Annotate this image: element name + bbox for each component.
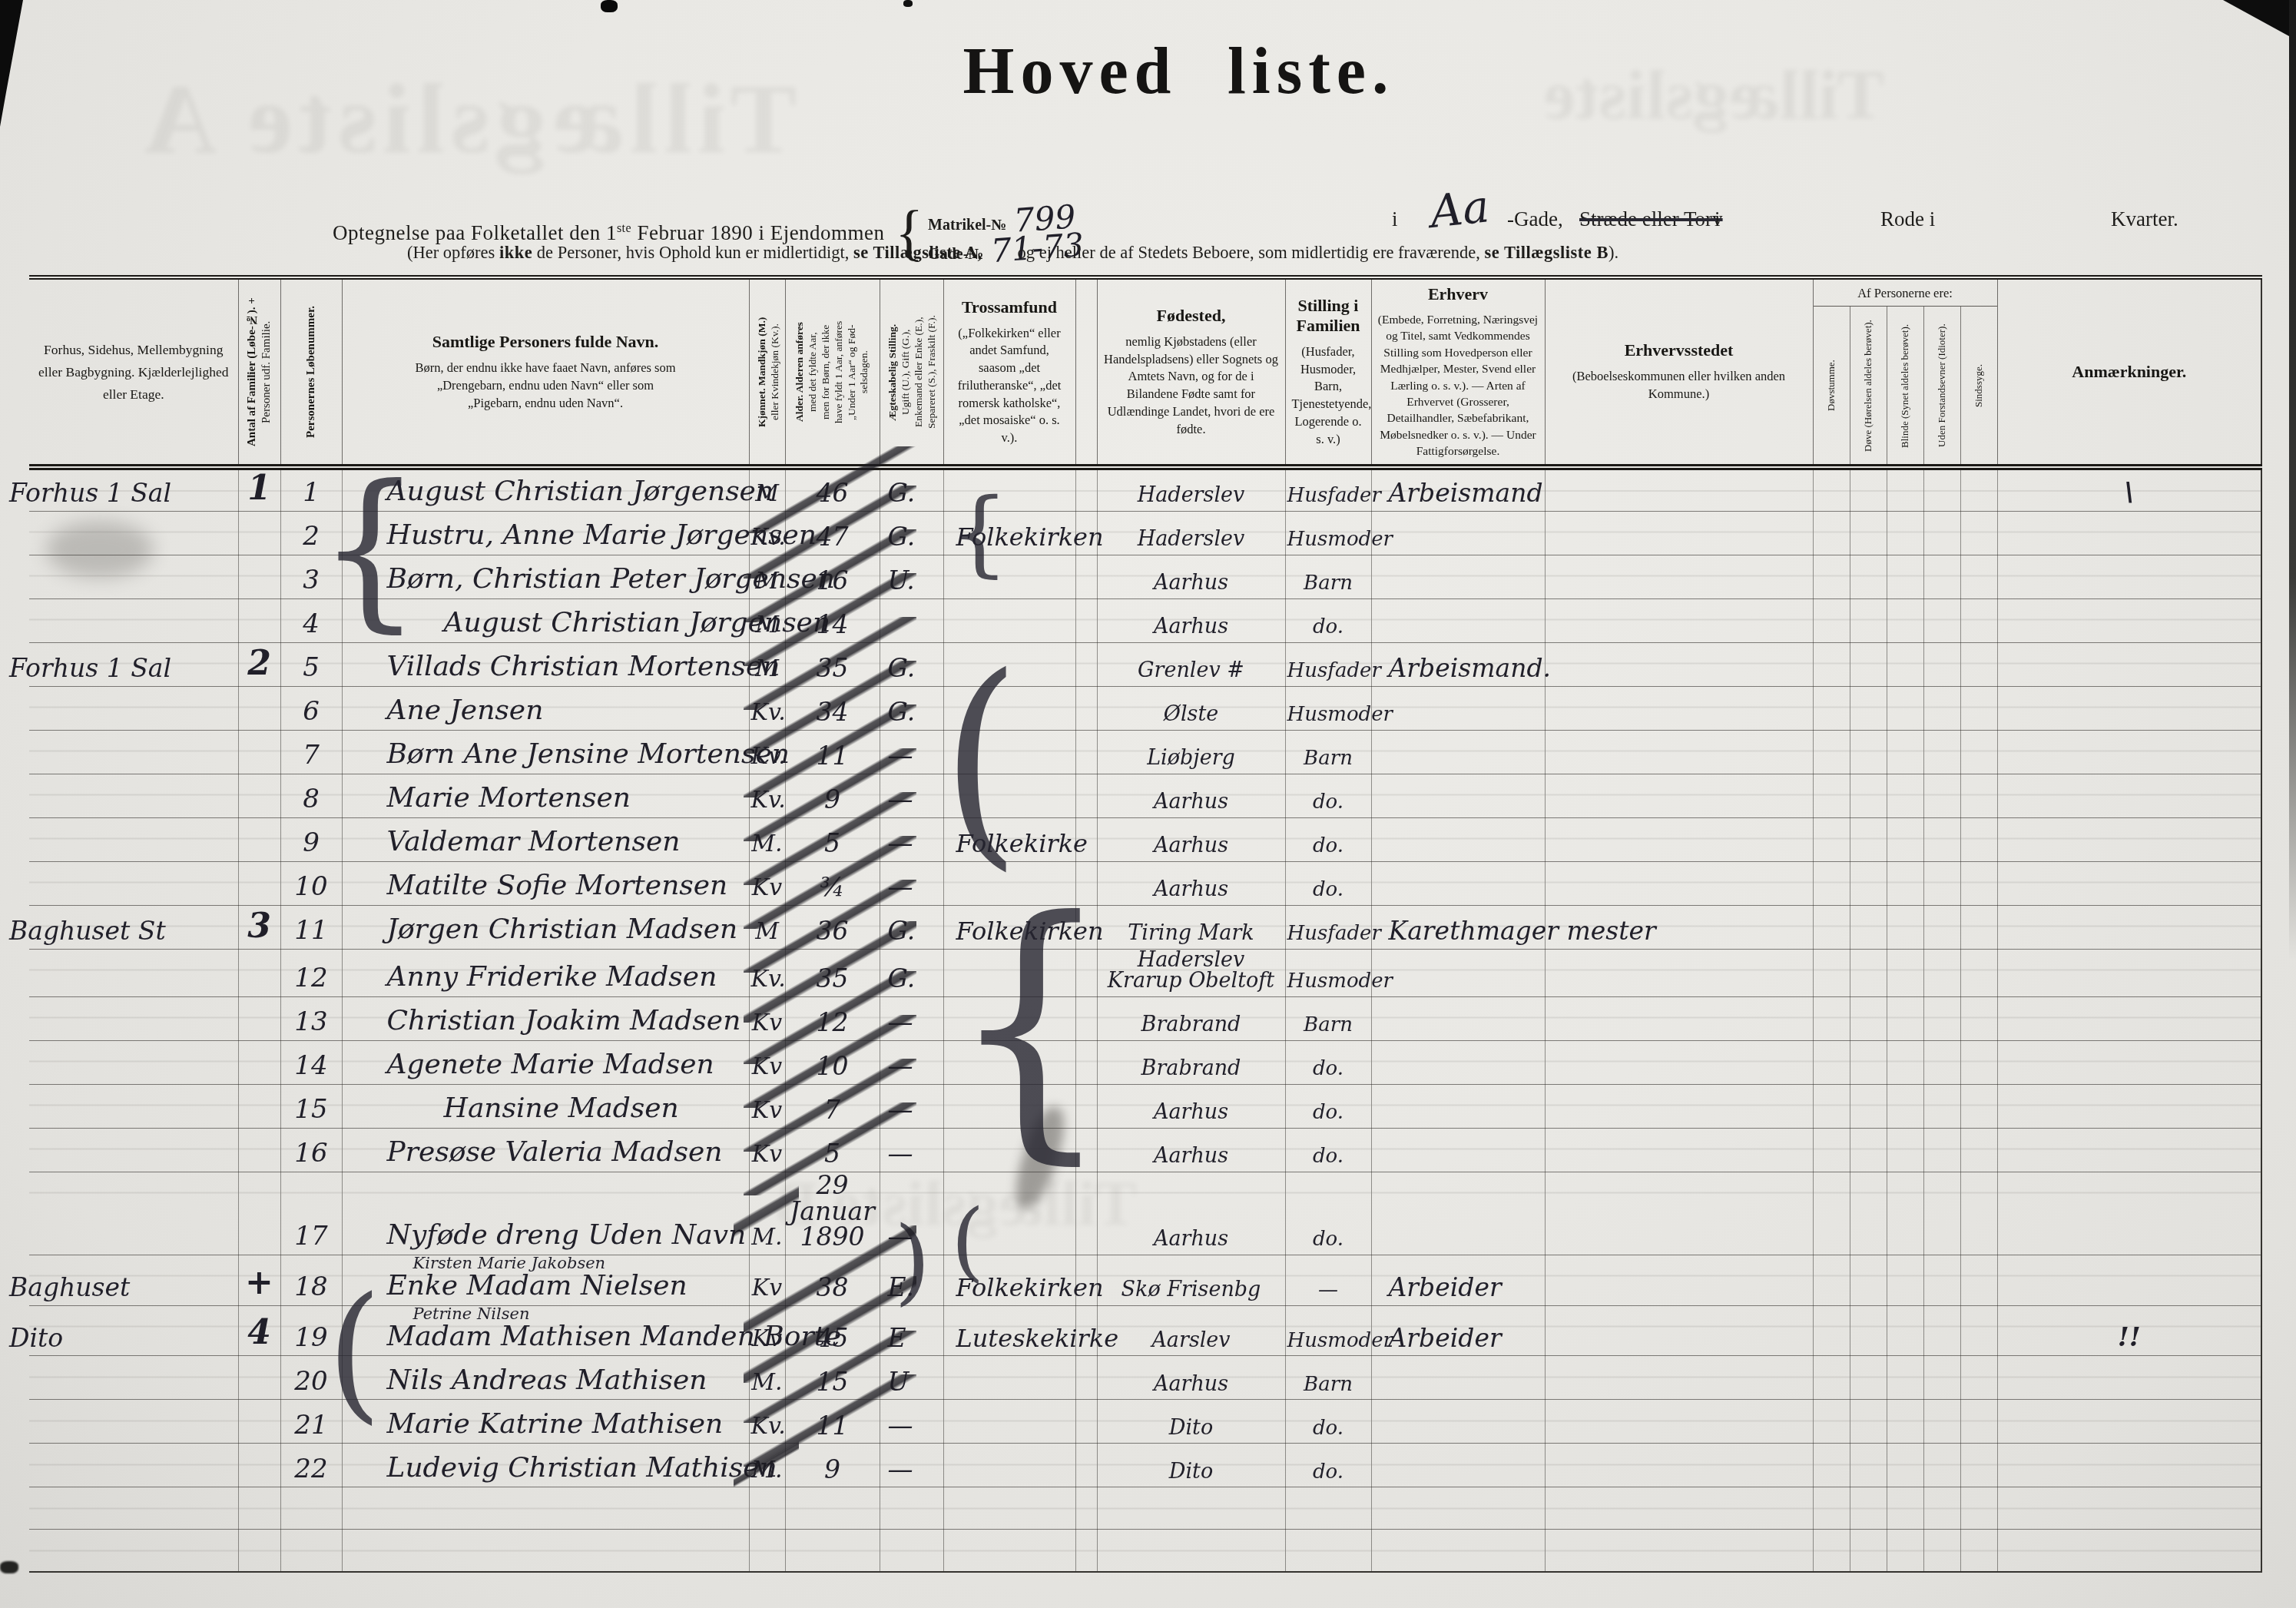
family-position-cell-text: do. bbox=[1313, 1229, 1343, 1250]
idiot-cell bbox=[1923, 1356, 1960, 1400]
birthplace-cell: Aarhus bbox=[1097, 817, 1285, 861]
gutter-cell bbox=[1075, 642, 1097, 686]
birthplace-cell: Dito bbox=[1097, 1444, 1285, 1487]
building-cell bbox=[29, 730, 238, 774]
birthplace-cell-text: Liøbjerg bbox=[1147, 748, 1235, 769]
ink-blot bbox=[903, 0, 913, 7]
age-cell-text: 35 bbox=[817, 966, 849, 992]
age-cell: 11 bbox=[785, 730, 880, 774]
column-header-name: Samtlige Personers fulde Navn. Børn, der… bbox=[342, 277, 749, 467]
idiot-cell bbox=[1923, 642, 1960, 686]
name-cell-text: Nils Andreas Mathisen bbox=[387, 1367, 707, 1395]
sex-cell: M. bbox=[749, 1356, 785, 1400]
workplace-cell bbox=[1545, 949, 1813, 996]
marital-cell: U. bbox=[880, 555, 943, 598]
age-cell: 29 Januar 1890 bbox=[785, 1172, 880, 1255]
column-header-sex: Kjønnet. Mandkjøn (M.)eller Kvindekjøn (… bbox=[749, 277, 785, 467]
sex-cell: Kv bbox=[749, 861, 785, 905]
marital-cell: — bbox=[880, 1172, 943, 1255]
faith-cell bbox=[943, 774, 1075, 817]
deaf-cell bbox=[1850, 1084, 1887, 1128]
age-cell: 9 bbox=[785, 1444, 880, 1487]
birthplace-cell: Aarhus bbox=[1097, 861, 1285, 905]
family-position-cell-text: Husfader bbox=[1287, 486, 1381, 506]
name-cell-text: Ane Jensen bbox=[387, 697, 544, 725]
birthplace-cell: Aarhus bbox=[1097, 1172, 1285, 1255]
marital-cell bbox=[880, 1487, 943, 1530]
age-cell: 11 bbox=[785, 1400, 880, 1444]
sex-cell: Kv bbox=[749, 996, 785, 1040]
scan-edge-artifact bbox=[2289, 0, 2296, 960]
gutter-cell bbox=[1075, 598, 1097, 642]
blind-cell bbox=[1887, 1530, 1923, 1572]
name-cell: Børn, Christian Peter Jørgensen bbox=[342, 555, 749, 598]
insane-cell bbox=[1960, 730, 1997, 774]
family-number-cell-text: 1 bbox=[247, 472, 271, 506]
person-number-cell: 21 bbox=[280, 1400, 342, 1444]
marital-cell: E. bbox=[880, 1255, 943, 1305]
marital-cell: — bbox=[880, 1400, 943, 1444]
name-cell bbox=[342, 1487, 749, 1530]
birthplace-cell: Haderslev bbox=[1097, 467, 1285, 511]
occupation-cell-text: Arbeismand. bbox=[1389, 655, 1552, 681]
name-cell: Nils Andreas Mathisen bbox=[342, 1356, 749, 1400]
faith-cell bbox=[943, 555, 1075, 598]
deaf-mute-cell bbox=[1813, 774, 1850, 817]
age-cell-text: 12 bbox=[817, 1010, 849, 1036]
workplace-cell bbox=[1545, 1084, 1813, 1128]
subtitle-text: Optegnelse paa Folketallet den 1ste Febr… bbox=[333, 221, 885, 245]
name-cell: August Christian Jørgensen bbox=[342, 598, 749, 642]
remarks-cell bbox=[1997, 730, 2261, 774]
gutter-cell bbox=[1075, 1487, 1097, 1530]
family-position-cell: do. bbox=[1285, 861, 1371, 905]
sex-cell-text: Kv bbox=[752, 877, 782, 900]
family-number-cell bbox=[238, 730, 280, 774]
insane-cell bbox=[1960, 1530, 1997, 1572]
workplace-cell bbox=[1545, 1400, 1813, 1444]
remarks-cell bbox=[1997, 861, 2261, 905]
deaf-mute-cell bbox=[1813, 1444, 1850, 1487]
faith-cell bbox=[943, 996, 1075, 1040]
column-header-insane: Sindssyge. bbox=[1961, 307, 1997, 464]
family-number-cell-text: 2 bbox=[247, 647, 271, 681]
family-position-cell bbox=[1285, 1530, 1371, 1572]
name-cell: Marie Katrine Mathisen bbox=[342, 1400, 749, 1444]
deaf-mute-cell bbox=[1813, 1255, 1850, 1305]
insane-cell bbox=[1960, 996, 1997, 1040]
deaf-cell bbox=[1850, 905, 1887, 949]
occupation-cell bbox=[1371, 730, 1545, 774]
age-cell: ¾ bbox=[785, 861, 880, 905]
deaf-cell bbox=[1850, 1400, 1887, 1444]
insane-cell bbox=[1960, 861, 1997, 905]
deaf-mute-cell bbox=[1813, 555, 1850, 598]
insane-cell bbox=[1960, 1356, 1997, 1400]
blind-cell bbox=[1887, 1084, 1923, 1128]
marital-cell: G. bbox=[880, 511, 943, 555]
name-cell: Petrine NilsenMadam Mathisen Manden Bort… bbox=[342, 1305, 749, 1356]
sex-cell: M. bbox=[749, 817, 785, 861]
sex-cell: Kv. bbox=[749, 949, 785, 996]
family-position-cell: Husmoder bbox=[1285, 1305, 1371, 1356]
blind-cell bbox=[1887, 996, 1923, 1040]
family-number-cell bbox=[238, 1487, 280, 1530]
birthplace-cell-text: Aarhus bbox=[1154, 1374, 1228, 1395]
age-cell: 46 bbox=[785, 467, 880, 511]
i-label: i bbox=[1715, 207, 1721, 231]
person-number-cell-text: 12 bbox=[294, 965, 327, 992]
workplace-cell bbox=[1545, 817, 1813, 861]
person-number-cell: 10 bbox=[280, 861, 342, 905]
birthplace-cell-text: Ølste bbox=[1164, 704, 1218, 725]
gutter-cell bbox=[1075, 905, 1097, 949]
age-cell: 9 bbox=[785, 774, 880, 817]
family-position-cell-text: do. bbox=[1313, 1059, 1343, 1079]
faith-cell bbox=[943, 467, 1075, 511]
person-number-cell-text: 8 bbox=[303, 786, 320, 813]
family-position-cell: Husfader bbox=[1285, 467, 1371, 511]
workplace-cell bbox=[1545, 1487, 1813, 1530]
family-position-cell: Husfader bbox=[1285, 905, 1371, 949]
family-number-cell bbox=[238, 1530, 280, 1572]
person-number-cell: 9 bbox=[280, 817, 342, 861]
person-number-cell-text: 11 bbox=[294, 917, 327, 944]
remarks-cell bbox=[1997, 1128, 2261, 1172]
idiot-cell bbox=[1923, 996, 1960, 1040]
family-number-cell bbox=[238, 1040, 280, 1084]
gutter-cell bbox=[1075, 1084, 1097, 1128]
person-number-cell: 14 bbox=[280, 1040, 342, 1084]
marital-cell-text: — bbox=[888, 1097, 913, 1123]
deaf-cell bbox=[1850, 686, 1887, 730]
blind-cell bbox=[1887, 642, 1923, 686]
name-cell: Villads Christian Mortensen bbox=[342, 642, 749, 686]
family-position-cell-text: Husfader bbox=[1287, 923, 1381, 944]
person-number-cell: 15 bbox=[280, 1084, 342, 1128]
table-row: 8Marie MortensenKv.9—Aarhusdo. bbox=[29, 774, 2261, 817]
building-cell: Baghuset bbox=[29, 1255, 238, 1305]
insane-cell bbox=[1960, 511, 1997, 555]
deaf-cell bbox=[1850, 555, 1887, 598]
idiot-cell bbox=[1923, 598, 1960, 642]
kvarter-label: Kvarter. bbox=[2111, 207, 2178, 231]
birthplace-cell: Aarslev bbox=[1097, 1305, 1285, 1356]
deaf-cell bbox=[1850, 730, 1887, 774]
birthplace-cell: Brabrand bbox=[1097, 996, 1285, 1040]
gutter-cell bbox=[1075, 1255, 1097, 1305]
sex-cell: Kv. bbox=[749, 511, 785, 555]
building-cell bbox=[29, 1128, 238, 1172]
family-position-cell-text: do. bbox=[1313, 1102, 1343, 1123]
family-number-cell bbox=[238, 1084, 280, 1128]
occupation-cell bbox=[1371, 511, 1545, 555]
name-cell: Hustru, Anne Marie Jørgensen bbox=[342, 511, 749, 555]
table-row: 2Hustru, Anne Marie JørgensenKv.47G.Folk… bbox=[29, 511, 2261, 555]
remarks-cell bbox=[1997, 817, 2261, 861]
age-cell: 15 bbox=[785, 1356, 880, 1400]
name-cell: Christian Joakim Madsen bbox=[342, 996, 749, 1040]
person-number-cell-text: 15 bbox=[294, 1096, 327, 1123]
sex-cell-text: Kv. bbox=[751, 789, 786, 813]
deaf-mute-cell bbox=[1813, 817, 1850, 861]
family-number-cell bbox=[238, 861, 280, 905]
birthplace-cell: Grenlev # bbox=[1097, 642, 1285, 686]
gutter-cell bbox=[1075, 1128, 1097, 1172]
sex-cell: M bbox=[749, 467, 785, 511]
gutter-cell bbox=[1075, 1172, 1097, 1255]
age-cell-text: 14 bbox=[817, 612, 849, 638]
deaf-cell bbox=[1850, 1128, 1887, 1172]
age-cell: 14 bbox=[785, 598, 880, 642]
sex-cell: M. bbox=[749, 1444, 785, 1487]
deaf-cell bbox=[1850, 1487, 1887, 1530]
age-cell: 36 bbox=[785, 905, 880, 949]
blind-cell bbox=[1887, 598, 1923, 642]
remarks-cell bbox=[1997, 511, 2261, 555]
family-number-cell: 4 bbox=[238, 1305, 280, 1356]
column-header-building: Forhus, Sidehus, Mellembygning eller Bag… bbox=[29, 277, 238, 467]
family-position-cell: Husmoder bbox=[1285, 686, 1371, 730]
family-number-cell bbox=[238, 686, 280, 730]
faith-cell bbox=[943, 1530, 1075, 1572]
occupation-cell bbox=[1371, 555, 1545, 598]
family-position-cell-text: do. bbox=[1313, 836, 1343, 857]
marital-cell-text: G. bbox=[888, 699, 916, 725]
name-cell-text: Matilte Sofie Mortensen bbox=[387, 872, 728, 900]
occupation-cell bbox=[1371, 598, 1545, 642]
sex-cell-text: M. bbox=[751, 833, 782, 857]
marital-cell-text: G. bbox=[888, 480, 916, 506]
sex-cell-text: Kv. bbox=[751, 526, 786, 550]
family-position-cell: do. bbox=[1285, 1172, 1371, 1255]
blind-cell bbox=[1887, 467, 1923, 511]
person-number-cell: 4 bbox=[280, 598, 342, 642]
person-number-cell: 11 bbox=[280, 905, 342, 949]
table-row: 3Børn, Christian Peter JørgensenM16U.Aar… bbox=[29, 555, 2261, 598]
person-number-cell-text: 20 bbox=[294, 1368, 327, 1395]
name-cell-text: Anny Friderike Madsen bbox=[387, 963, 717, 992]
workplace-cell bbox=[1545, 730, 1813, 774]
marital-cell: — bbox=[880, 1084, 943, 1128]
workplace-cell bbox=[1545, 642, 1813, 686]
column-header-faith: Trossamfund („Folkekirken“ eller andet S… bbox=[943, 277, 1075, 467]
person-number-cell: 7 bbox=[280, 730, 342, 774]
person-number-cell-text: 16 bbox=[294, 1140, 327, 1167]
building-cell bbox=[29, 861, 238, 905]
filler-row bbox=[29, 1530, 2261, 1572]
blind-cell bbox=[1887, 861, 1923, 905]
birthplace-cell-text: Haderslev bbox=[1138, 529, 1245, 550]
occupation-cell-text: Arbeider bbox=[1389, 1325, 1502, 1351]
age-cell-text: 7 bbox=[824, 1097, 840, 1123]
workplace-cell bbox=[1545, 905, 1813, 949]
faith-cell bbox=[943, 686, 1075, 730]
remarks-cell: \ bbox=[1997, 467, 2261, 511]
idiot-cell bbox=[1923, 730, 1960, 774]
sex-cell-text: Kv bbox=[752, 1143, 782, 1167]
building-cell bbox=[29, 1084, 238, 1128]
person-number-cell: 19 bbox=[280, 1305, 342, 1356]
gutter-cell bbox=[1075, 774, 1097, 817]
birthplace-cell-text: Aarhus bbox=[1154, 835, 1228, 857]
marital-cell bbox=[880, 1530, 943, 1572]
family-number-cell bbox=[238, 996, 280, 1040]
marital-cell bbox=[880, 598, 943, 642]
census-table: Forhus, Sidehus, Mellembygning eller Bag… bbox=[29, 275, 2262, 1573]
marital-cell-text: G. bbox=[888, 918, 916, 944]
column-header-birthplace: Fødested, nemlig Kjøbstadens (eller Hand… bbox=[1097, 277, 1285, 467]
age-cell-text: ¾ bbox=[820, 874, 845, 900]
occupation-cell bbox=[1371, 1128, 1545, 1172]
remarks-cell bbox=[1997, 905, 2261, 949]
person-number-cell bbox=[280, 1487, 342, 1530]
name-cell: August Christian Jørgensen bbox=[342, 467, 749, 511]
building-cell: Baghuset St bbox=[29, 905, 238, 949]
family-number-cell-text: + bbox=[245, 1266, 273, 1301]
birthplace-cell-text: Tiring Mark bbox=[1128, 923, 1254, 944]
column-header-marital-status: Ægteskabelig Stilling.Ugift (U.), Gift (… bbox=[880, 277, 943, 467]
person-number-cell-text: 22 bbox=[294, 1456, 327, 1483]
gade-suffix: -Gade, bbox=[1507, 207, 1563, 231]
deaf-mute-cell bbox=[1813, 1305, 1850, 1356]
deaf-mute-cell bbox=[1813, 511, 1850, 555]
person-number-cell: 3 bbox=[280, 555, 342, 598]
family-position-cell-text: Barn bbox=[1304, 1015, 1353, 1036]
marital-cell-text: — bbox=[888, 787, 913, 813]
family-position-cell: Barn bbox=[1285, 1356, 1371, 1400]
age-cell: 16 bbox=[785, 555, 880, 598]
workplace-cell bbox=[1545, 996, 1813, 1040]
blind-cell bbox=[1887, 1400, 1923, 1444]
person-number-cell: 1 bbox=[280, 467, 342, 511]
deaf-cell bbox=[1850, 996, 1887, 1040]
table-row: 15Hansine MadsenKv7—Aarhusdo. bbox=[29, 1084, 2261, 1128]
deaf-cell bbox=[1850, 642, 1887, 686]
family-number-cell bbox=[238, 511, 280, 555]
age-cell: 35 bbox=[785, 642, 880, 686]
sex-cell: M. bbox=[749, 1172, 785, 1255]
column-header-workplace: Erhvervsstedet (Beboelseskommunen eller … bbox=[1545, 277, 1813, 467]
page-title: Hoved liste. bbox=[0, 32, 2296, 109]
birthplace-cell-text: Aarhus bbox=[1154, 791, 1228, 813]
family-position-cell: — bbox=[1285, 1255, 1371, 1305]
marital-cell: — bbox=[880, 1444, 943, 1487]
family-position-cell: do. bbox=[1285, 1128, 1371, 1172]
workplace-cell bbox=[1545, 1172, 1813, 1255]
occupation-cell bbox=[1371, 1444, 1545, 1487]
ink-blot bbox=[0, 1561, 18, 1573]
family-position-cell: do. bbox=[1285, 1444, 1371, 1487]
occupation-cell: Arbeismand bbox=[1371, 467, 1545, 511]
gutter-cell bbox=[1075, 1040, 1097, 1084]
occupation-cell bbox=[1371, 1356, 1545, 1400]
birthplace-cell-text: Brabrand bbox=[1141, 1058, 1241, 1079]
remarks-cell bbox=[1997, 996, 2261, 1040]
person-number-cell-text: 7 bbox=[303, 742, 320, 769]
column-header-occupation: Erhverv (Embede, Forretning, Næringsvej … bbox=[1371, 277, 1545, 467]
family-number-cell: 2 bbox=[238, 642, 280, 686]
sex-cell-text: M bbox=[755, 920, 779, 944]
building-cell bbox=[29, 686, 238, 730]
gutter-cell bbox=[1075, 1356, 1097, 1400]
name-cell: Ludevig Christian Mathisen bbox=[342, 1444, 749, 1487]
deaf-mute-cell bbox=[1813, 1487, 1850, 1530]
table-row: 13Christian Joakim MadsenKv12—BrabrandBa… bbox=[29, 996, 2261, 1040]
sex-cell: Kv bbox=[749, 1255, 785, 1305]
deaf-mute-cell bbox=[1813, 598, 1850, 642]
idiot-cell bbox=[1923, 555, 1960, 598]
marital-cell-text: E bbox=[888, 1325, 906, 1351]
sex-cell bbox=[749, 1487, 785, 1530]
deaf-mute-cell bbox=[1813, 1356, 1850, 1400]
building-cell-text: Baghuset St bbox=[9, 918, 166, 944]
deaf-mute-cell bbox=[1813, 730, 1850, 774]
family-position-cell-text: do. bbox=[1313, 617, 1343, 638]
age-cell-text: 29 Januar 1890 bbox=[787, 1172, 878, 1250]
birthplace-cell-text: Aarhus bbox=[1154, 1145, 1228, 1167]
birthplace-cell: Haderslev Krarup Obeltoft bbox=[1097, 949, 1285, 996]
idiot-cell bbox=[1923, 861, 1960, 905]
remarks-cell bbox=[1997, 1172, 2261, 1255]
name-cell: Jørgen Christian Madsen bbox=[342, 905, 749, 949]
table-row: 21Marie Katrine MathisenKv.11—Ditodo. bbox=[29, 1400, 2261, 1444]
name-cell: Agenete Marie Madsen bbox=[342, 1040, 749, 1084]
family-number-cell bbox=[238, 598, 280, 642]
deaf-cell bbox=[1850, 598, 1887, 642]
matrikel-label: Matrikel-№ bbox=[928, 217, 1006, 233]
table-row: 14Agenete Marie MadsenKv10—Brabranddo. bbox=[29, 1040, 2261, 1084]
faith-cell bbox=[943, 1400, 1075, 1444]
deaf-cell bbox=[1850, 1444, 1887, 1487]
idiot-cell bbox=[1923, 1040, 1960, 1084]
occupation-cell-text: Arbeismand bbox=[1389, 480, 1543, 506]
age-cell-text: 45 bbox=[817, 1325, 849, 1351]
person-number-cell-text: 3 bbox=[303, 567, 320, 594]
marital-cell: G. bbox=[880, 467, 943, 511]
gutter-cell bbox=[1075, 555, 1097, 598]
person-number-cell bbox=[280, 1530, 342, 1572]
deaf-cell bbox=[1850, 1356, 1887, 1400]
remarks-cell bbox=[1997, 1400, 2261, 1444]
idiot-cell bbox=[1923, 1530, 1960, 1572]
family-position-cell-text: do. bbox=[1313, 1418, 1343, 1439]
birthplace-cell: Ølste bbox=[1097, 686, 1285, 730]
remarks-cell bbox=[1997, 1356, 2261, 1400]
workplace-cell bbox=[1545, 774, 1813, 817]
remarks-cell bbox=[1997, 642, 2261, 686]
deaf-mute-cell bbox=[1813, 949, 1850, 996]
age-cell: 47 bbox=[785, 511, 880, 555]
building-cell bbox=[29, 598, 238, 642]
blind-cell bbox=[1887, 511, 1923, 555]
building-cell bbox=[29, 1444, 238, 1487]
building-cell: Forhus 1 Sal bbox=[29, 642, 238, 686]
age-cell-text: 9 bbox=[824, 1457, 840, 1483]
person-number-cell-text: 1 bbox=[303, 479, 320, 506]
marital-cell: G. bbox=[880, 905, 943, 949]
table-row: 10Matilte Sofie MortensenKv¾—Aarhusdo. bbox=[29, 861, 2261, 905]
idiot-cell bbox=[1923, 774, 1960, 817]
deaf-mute-cell bbox=[1813, 1040, 1850, 1084]
workplace-cell bbox=[1545, 598, 1813, 642]
remarks-cell bbox=[1997, 686, 2261, 730]
family-position-cell: do. bbox=[1285, 1084, 1371, 1128]
insane-cell bbox=[1960, 642, 1997, 686]
marital-cell-text: — bbox=[888, 1053, 913, 1079]
birthplace-cell: Aarhus bbox=[1097, 598, 1285, 642]
deaf-cell bbox=[1850, 1305, 1887, 1356]
